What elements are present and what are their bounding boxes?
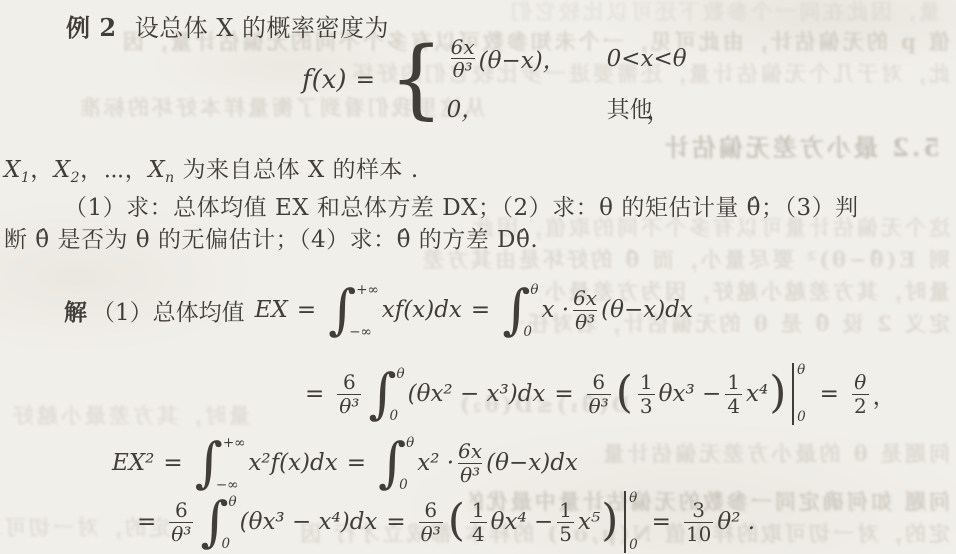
fraction-6x-theta3: 6x θ³ <box>573 287 597 333</box>
sentence-comma: ， <box>873 378 896 411</box>
equals-sign: = <box>347 450 366 476</box>
integrand: (θx² − x³)dx <box>408 381 546 407</box>
case1-tail: (θ−x)， <box>479 42 566 75</box>
term-theta-x4: θx⁴ − <box>491 509 554 535</box>
solution-line-ex2: EX² = ∫ +∞−∞ x²f(x)dx = ∫ θ0 x² · 6x θ³ … <box>112 430 578 496</box>
integral-lower: −∞ <box>349 326 379 340</box>
solution-line-ex-result: = 6 θ³ ∫ θ0 (θx² − x³)dx = 6 θ³ ( 1 3 θx… <box>296 352 896 436</box>
eval-upper: θ <box>797 364 806 378</box>
fraction-6-theta3: 6 θ³ <box>169 499 193 545</box>
evaluation-bar: θ0 <box>624 491 637 553</box>
case1-condition: 0<x<θ <box>607 46 687 72</box>
bleedthrough-line: 问题是 θ 的最小方差无偏估计量 <box>590 438 950 468</box>
integral-upper: +∞ <box>356 284 379 298</box>
bleedthrough-line: 量时，其方差最小越好 <box>0 400 250 430</box>
integrand: x²f(x)dx <box>248 450 337 476</box>
var-X1: X <box>4 157 21 183</box>
subscript-2: 2 <box>71 170 80 186</box>
integral-upper: θ <box>406 437 414 451</box>
subscript-1: 1 <box>21 170 30 186</box>
equals-sign: = <box>137 509 156 535</box>
fraction-theta-2: θ 2 <box>852 371 869 417</box>
fraction-numerator: 1 <box>727 371 740 393</box>
case-row-1: 6x θ³ (θ−x)， 0<x<θ <box>447 36 687 82</box>
example-label: 例 2 <box>66 13 117 42</box>
fraction-numerator: 6 <box>424 499 437 521</box>
fraction-6x-theta3: 6x θ³ <box>451 36 475 82</box>
integrand-tail: (θ−x)dx <box>486 450 578 476</box>
integral-lower: 0 <box>523 326 538 340</box>
term-theta-x3: θx³ − <box>659 381 722 407</box>
equals-sign: = <box>554 381 573 407</box>
evaluation-bar: θ0 <box>792 363 805 425</box>
equals-sign: = <box>652 509 671 535</box>
fraction-denominator: 10 <box>684 522 713 545</box>
fraction-denominator: 4 <box>725 394 742 417</box>
integral-0-theta: ∫ θ0 <box>502 281 538 340</box>
pdf-lhs: f(x) <box>302 65 347 95</box>
result-theta-squared: θ² . <box>717 509 755 535</box>
fraction-denominator: 2 <box>852 394 869 417</box>
textbook-page: 量，因此在同一个参数下还可以比较它们 值 p 的无偏估计，由此可见，一个未知参数… <box>0 0 956 554</box>
fraction-numerator: 6 <box>343 371 356 393</box>
fraction-denominator: 3 <box>638 394 655 417</box>
fraction-numerator: θ <box>854 371 866 393</box>
integrand: (θx³ − x⁴)dx <box>240 509 378 535</box>
integral-upper: θ <box>396 368 404 382</box>
fraction-6-theta3: 6 θ³ <box>587 371 611 417</box>
fraction-numerator: 6x <box>451 36 475 58</box>
subscript-n: n <box>165 170 175 186</box>
fraction-denominator: θ³ <box>458 463 482 486</box>
EX-symbol: EX <box>255 297 288 323</box>
fraction-numerator: 6 <box>175 499 188 521</box>
fraction-numerator: 1 <box>640 371 653 393</box>
fraction-6-theta3: 6 θ³ <box>419 499 443 545</box>
part1-label: （1）总体均值 <box>92 294 245 327</box>
fraction-denominator: θ³ <box>451 58 475 81</box>
sample-statement: X1，X2，⋯，Xn 为来自总体 X 的样本 . <box>4 151 419 186</box>
eval-lower: 0 <box>797 411 806 425</box>
separator: ， <box>30 157 54 183</box>
question-line-2: 断 θ̂ 是否为 θ 的无偏估计；（4）求：θ̂ 的方差 Dθ̂. <box>4 221 538 254</box>
left-brace: { <box>389 39 444 121</box>
equals-sign: = <box>297 297 316 323</box>
integral-lower: 0 <box>389 410 404 424</box>
solution-label: 解 <box>64 294 87 327</box>
term-x5: x⁵ <box>578 509 600 535</box>
fraction-numerator: 6x <box>573 287 597 309</box>
integral-upper: θ <box>530 284 538 298</box>
fraction-3-10: 3 10 <box>684 499 713 545</box>
right-paren: ) <box>601 499 618 543</box>
sample-text: 为来自总体 X 的样本 . <box>175 157 419 183</box>
case1-expression: 6x θ³ (θ−x)， <box>447 36 607 82</box>
EX2-symbol: EX² <box>112 450 154 476</box>
fraction-denominator: θ³ <box>169 522 193 545</box>
equals-sign: = <box>471 297 490 323</box>
equals-sign: = <box>163 450 182 476</box>
density-function-definition: f(x) = { 6x θ³ (θ−x)， 0<x<θ 0， 其他 ， <box>302 36 687 124</box>
integral-0-theta: ∫ θ0 <box>378 434 414 493</box>
fraction-denominator: 5 <box>557 522 574 545</box>
term-x4: x⁴ <box>746 381 768 407</box>
fraction-denominator: θ³ <box>587 394 611 417</box>
integral-0-theta: ∫ θ0 <box>200 493 236 552</box>
right-paren: ) <box>769 371 786 415</box>
fraction-denominator: θ³ <box>573 310 597 333</box>
integral-full-range: ∫ +∞−∞ <box>328 281 379 340</box>
integral-upper: θ <box>228 496 236 510</box>
left-paren: ( <box>616 371 633 415</box>
fraction-numerator: 1 <box>472 499 485 521</box>
case2-value: 0， <box>447 91 607 124</box>
left-paren: ( <box>448 499 465 543</box>
solution-line-ex2-result: = 6 θ³ ∫ θ0 (θx³ − x⁴)dx = 6 θ³ ( 1 4 θx… <box>128 490 755 554</box>
ellipsis: ⋯ <box>104 157 125 183</box>
integral-lower: 0 <box>221 538 236 552</box>
fraction-numerator: 6x <box>458 440 482 462</box>
eval-lower: 0 <box>629 539 638 553</box>
x-dot: x · <box>541 297 569 323</box>
integral-full-range: ∫ +∞−∞ <box>195 434 246 493</box>
eval-upper: θ <box>629 492 638 506</box>
separator: ， <box>125 157 149 183</box>
x2-dot: x² · <box>417 450 454 476</box>
fraction-numerator: 3 <box>692 499 705 521</box>
fraction-1-5: 1 5 <box>557 499 574 545</box>
solution-line-ex: 解 （1）总体均值 EX = ∫ +∞−∞ xf(x)dx = ∫ θ0 x ·… <box>64 274 693 346</box>
fraction-1-3: 1 3 <box>638 371 655 417</box>
equals-sign: = <box>820 381 839 407</box>
fraction-denominator: 4 <box>470 522 487 545</box>
fraction-denominator: θ³ <box>337 394 361 417</box>
question-line-1: （1）求：总体均值 EX 和总体方差 DX；（2）求：θ 的矩估计量 θ̂；（3… <box>64 189 859 222</box>
fraction-denominator: θ³ <box>419 522 443 545</box>
var-X2: X <box>54 157 71 183</box>
equals-sign: = <box>356 67 375 93</box>
integrand-tail: (θ−x)dx <box>601 297 693 323</box>
bleedthrough-section-header: 5.2 最小方差无偏估计 <box>470 128 940 163</box>
fraction-numerator: 6 <box>592 371 605 393</box>
equals-sign: = <box>386 509 405 535</box>
fraction-numerator: 1 <box>559 499 572 521</box>
fraction-1-4: 1 4 <box>725 371 742 417</box>
var-Xn: X <box>148 157 165 183</box>
separator: ， <box>80 157 104 183</box>
sentence-comma: ， <box>646 88 673 127</box>
integral-upper: +∞ <box>223 437 246 451</box>
integrand: xf(x)dx <box>382 297 462 323</box>
equals-sign: = <box>305 381 324 407</box>
fraction-1-4: 1 4 <box>470 499 487 545</box>
fraction-6x-theta3: 6x θ³ <box>458 440 482 486</box>
fraction-6-theta3: 6 θ³ <box>337 371 361 417</box>
integral-0-theta: ∫ θ0 <box>368 365 404 424</box>
